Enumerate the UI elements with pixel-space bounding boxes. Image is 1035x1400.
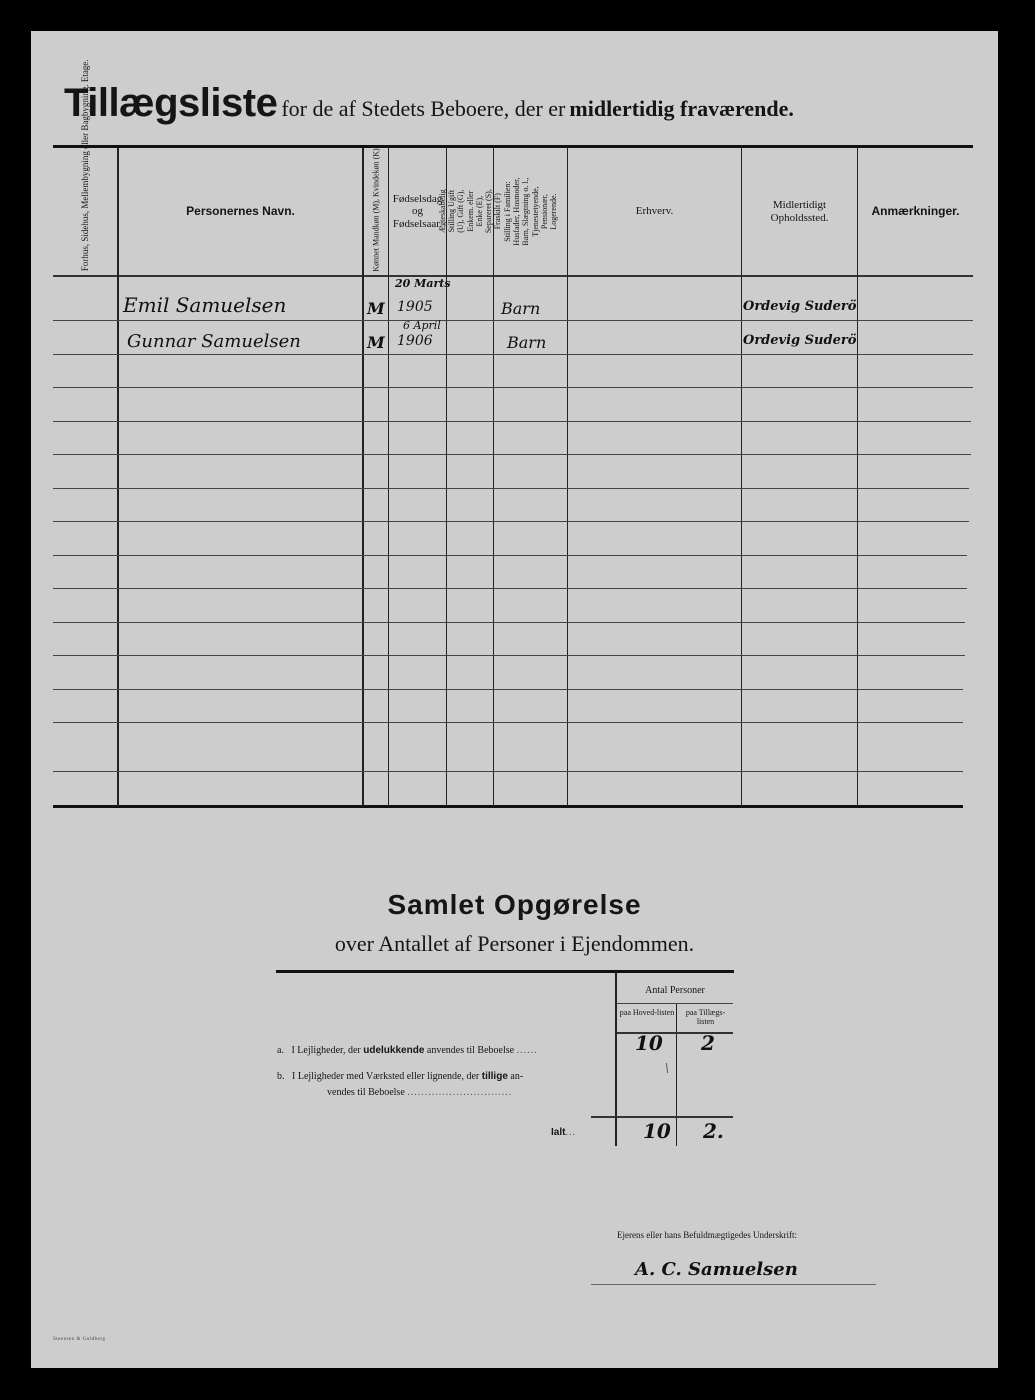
header-kjon: Kønnet Mandkøn (M), Kvindekøn (K) xyxy=(363,148,388,275)
summary-total-tillaeg: 2. xyxy=(703,1119,724,1143)
row-line xyxy=(53,521,969,522)
signature-line xyxy=(591,1284,876,1285)
row-line xyxy=(53,421,971,422)
form-title: Tillægsliste for de af Stedets Beboere, … xyxy=(64,81,984,126)
summary-row-b-line2: vendes til Beboelse ....................… xyxy=(327,1087,512,1098)
row-line xyxy=(53,488,969,489)
summary-col-divider xyxy=(676,1004,677,1146)
table-bottom-rule xyxy=(53,805,963,808)
summary-row-a-tillaeg: 2 xyxy=(701,1031,715,1055)
cell-opholdssted: Ordevig Suderö xyxy=(743,333,856,348)
summary-rule xyxy=(276,970,734,973)
census-form-page: Tillægsliste for de af Stedets Beboere, … xyxy=(31,31,998,1368)
summary-row-line xyxy=(617,1003,733,1004)
cell-familie: Barn xyxy=(501,299,540,318)
row-line xyxy=(53,689,963,690)
cell-navn: Gunnar Samuelsen xyxy=(127,331,301,352)
cell-fodsel-year: 1906 xyxy=(397,333,433,349)
row-line xyxy=(53,588,967,589)
cell-kjon: M xyxy=(367,333,385,352)
cell-fodsel-year: 1905 xyxy=(397,299,433,315)
summary-col2-label: paa Tillægs-listen xyxy=(678,1008,733,1026)
row-line xyxy=(53,622,965,623)
header-bygning: Forhus, Sidehus, Mellembygning eller Bag… xyxy=(53,148,117,275)
cell-fodsel-day: 6 April xyxy=(403,319,441,332)
signature-label: Ejerens eller hans Befuldmægtigedes Unde… xyxy=(617,1230,797,1240)
cell-navn: Emil Samuelsen xyxy=(123,293,286,317)
summary-row-b: b. I Lejligheder med Værksted eller lign… xyxy=(277,1071,609,1082)
cell-opholdssted: Ordevig Suderö xyxy=(743,299,856,314)
header-opholdssted: Midlertidigt Opholdssted. xyxy=(742,148,857,275)
summary-row-b-hoved: \ xyxy=(665,1061,669,1075)
summary-col1-label: paa Hoved-listen xyxy=(619,1008,675,1017)
form-title-main: Tillægsliste xyxy=(64,81,277,125)
summary-col-divider xyxy=(615,973,617,1146)
row-line xyxy=(53,555,967,556)
summary-subtitle: over Antallet af Personer i Ejendommen. xyxy=(31,931,998,957)
row-line xyxy=(53,722,963,723)
summary-row-line xyxy=(591,1116,733,1118)
header-rule xyxy=(53,275,973,277)
signature-value: A. C. Samuelsen xyxy=(635,1259,798,1280)
header-aegteskab: Ægteskabelig Stilling Ugift (U), Gift (G… xyxy=(447,148,493,275)
header-anmaerkninger: Anmærkninger. xyxy=(858,148,973,275)
summary-total-label: Ialt... xyxy=(551,1127,576,1138)
cell-kjon: M xyxy=(367,299,385,318)
header-familie: Stilling i Familien: Husfader, Husmoder,… xyxy=(494,148,567,275)
row-line xyxy=(53,771,963,772)
row-line xyxy=(53,387,973,388)
summary-title: Samlet Opgørelse xyxy=(31,889,998,921)
form-title-bold: midlertidig fraværende. xyxy=(569,96,793,121)
row-line xyxy=(53,354,973,355)
summary-total-hoved: 10 xyxy=(643,1119,671,1143)
summary-row-a: a. I Lejligheder, der udelukkende anvend… xyxy=(277,1045,609,1056)
form-title-rest: for de af Stedets Beboere, der er xyxy=(281,96,565,121)
cell-familie: Barn xyxy=(507,333,546,352)
row-line xyxy=(53,454,971,455)
row-line xyxy=(53,320,973,321)
summary-col-group-label: Antal Personer xyxy=(617,985,733,996)
row-line xyxy=(53,655,965,656)
summary-row-a-hoved: 10 xyxy=(635,1031,663,1055)
cell-fodsel-day: 20 Marts xyxy=(395,277,451,290)
header-erhverv: Erhverv. xyxy=(568,148,741,275)
printer-mark: Steensen & Guldberg xyxy=(53,1337,105,1342)
header-navn: Personernes Navn. xyxy=(119,148,362,275)
